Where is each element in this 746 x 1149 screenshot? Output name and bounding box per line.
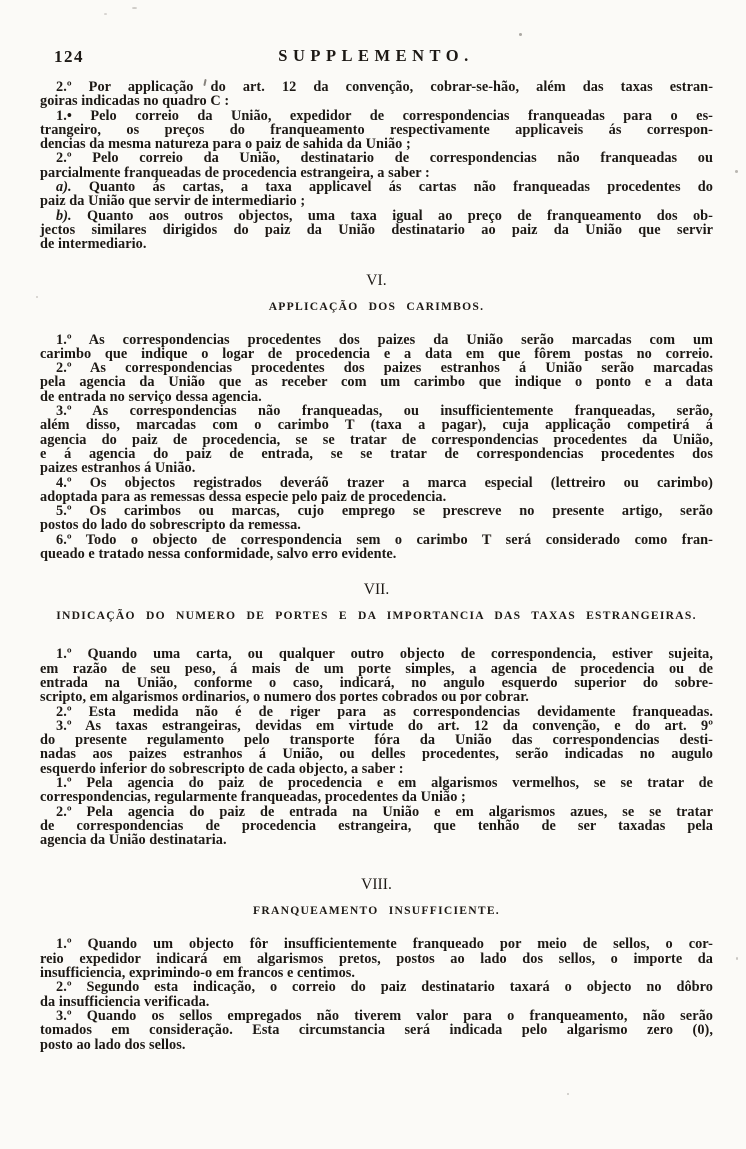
- text-line: 1.º Quando um objecto fôr insufficientem…: [40, 937, 713, 951]
- text-line: 2.º Pela agencia do paiz de entrada na U…: [40, 805, 713, 819]
- running-title: SUPPLEMENTO.: [40, 46, 712, 66]
- paragraph: 2.º Pelo correio da União, destinatario …: [40, 151, 713, 180]
- text-line: adoptada para as remessas dessa especie …: [40, 490, 713, 504]
- paragraph: 2.º As correspondencias procedentes dos …: [40, 361, 713, 404]
- section-numeral: VI.: [40, 273, 713, 289]
- scan-speck: [36, 296, 38, 298]
- scan-speck: [519, 33, 522, 36]
- text-line: 1.º Quando uma carta, ou qualquer outro …: [40, 647, 713, 661]
- scan-speck: [735, 170, 738, 173]
- content: 2.º Por applicação do art. 12 da convenç…: [40, 80, 713, 1052]
- text-line: 1.º Pela agencia do paiz de procedencia …: [40, 776, 713, 790]
- article-section: 2.º Por applicação do art. 12 da convenç…: [40, 80, 713, 252]
- text-line: além disso, marcadas com o carimbo T (ta…: [40, 418, 713, 432]
- text-line: scripto, em algarismos ordinarios, o num…: [40, 690, 713, 704]
- text-line: pela agencia da União que as receber com…: [40, 375, 713, 389]
- text-line: insufficiencia, exprimindo-o em francos …: [40, 966, 713, 980]
- section-body: 2.º Por applicação do art. 12 da convenç…: [40, 80, 713, 252]
- paragraph: 2.º Segundo esta indicação, o correio do…: [40, 980, 713, 1009]
- text-line: 3.º As taxas estrangeiras, devidas em vi…: [40, 719, 713, 733]
- text-line: carimbo que indique o logar de procedenc…: [40, 347, 713, 361]
- text-line: trangeiro, os preços do franqueamento re…: [40, 123, 713, 137]
- scan-speck: [104, 13, 107, 15]
- text-line: 2.º Pelo correio da União, destinatario …: [40, 151, 713, 165]
- text-line: agencia da União destinataria.: [40, 833, 713, 847]
- text-line: esquerdo inferior do sobrescripto de cad…: [40, 762, 713, 776]
- text-line: 2.º As correspondencias procedentes dos …: [40, 361, 713, 375]
- text-line: 1.• Pelo correio da União, expedidor de …: [40, 109, 713, 123]
- scan-speck: [736, 957, 738, 960]
- text-line: correspondencias, regularmente franquead…: [40, 790, 713, 804]
- text-line: tomados em consideração. Esta circumstan…: [40, 1023, 713, 1037]
- article-section: VII.INDICAÇÃO DO NUMERO DE PORTES E DA I…: [40, 582, 713, 847]
- text-line: nadas aos paizes estranhos á União, ou d…: [40, 747, 713, 761]
- paragraph: a). Quanto ás cartas, a taxa applicavel …: [40, 180, 713, 209]
- text-line: entrada na União, conforme o caso, indic…: [40, 676, 713, 690]
- text-line: 6.º Todo o objecto de correspondencia se…: [40, 533, 713, 547]
- text-line: 3.º As correspondencias não franqueadas,…: [40, 404, 713, 418]
- page-header: 124 SUPPLEMENTO.: [40, 46, 712, 70]
- text-line: 4.º Os objectos registrados deveráõ traz…: [40, 476, 713, 490]
- paragraph: b). Quanto aos outros objectos, uma taxa…: [40, 209, 713, 252]
- text-line: da insufficiencia verificada.: [40, 995, 713, 1009]
- text-line: de intermediario.: [40, 237, 713, 251]
- text-line: e á agencia do paiz de entrada, se se tr…: [40, 447, 713, 461]
- text-line: b). Quanto aos outros objectos, uma taxa…: [40, 209, 713, 223]
- text-line: queado e tratado nessa conformidade, sal…: [40, 547, 713, 561]
- text-line: postos do lado do sobrescripto da remess…: [40, 518, 713, 532]
- text-line: agencia do paiz de procedencia, se se tr…: [40, 433, 713, 447]
- text-line: do presente regulamento pelo transporte …: [40, 733, 713, 747]
- section-body: 1.º As correspondencias procedentes dos …: [40, 333, 713, 562]
- text-line: a). Quanto ás cartas, a taxa applicavel …: [40, 180, 713, 194]
- section-title: FRANQUEAMENTO INSUFFICIENTE.: [40, 904, 713, 918]
- text-line: posto ao lado dos sellos.: [40, 1038, 713, 1052]
- text-line: 1.º As correspondencias procedentes dos …: [40, 333, 713, 347]
- paragraph: 2.º Pela agencia do paiz de entrada na U…: [40, 805, 713, 848]
- text-line: 3.º Quando os sellos empregados não tive…: [40, 1009, 713, 1023]
- text-line: de entrada no serviço dessa agencia.: [40, 390, 713, 404]
- text-line: reio expedidor indicará em algarismos pr…: [40, 952, 713, 966]
- text-line: paizes estranhos á União.: [40, 461, 713, 475]
- paragraph: 2.º Esta medida não é de riger para as c…: [40, 705, 713, 719]
- paragraph: 1.º Quando um objecto fôr insufficientem…: [40, 937, 713, 980]
- text-line: 2.º Esta medida não é de riger para as c…: [40, 705, 713, 719]
- text-line: de correspondencias de procedencia estra…: [40, 819, 713, 833]
- scan-speck: [567, 1093, 569, 1095]
- text-line: parcialmente franqueadas de procedencia …: [40, 166, 713, 180]
- section-title: APPLICAÇÃO DOS CARIMBOS.: [40, 300, 713, 314]
- paragraph: 1.º Pela agencia do paiz de procedencia …: [40, 776, 713, 805]
- paragraph: 5.º Os carimbos ou marcas, cujo emprego …: [40, 504, 713, 533]
- text-line: paiz da União que servir de intermediari…: [40, 194, 713, 208]
- text-line: 2.º Segundo esta indicação, o correio do…: [40, 980, 713, 994]
- paragraph: 3.º Quando os sellos empregados não tive…: [40, 1009, 713, 1052]
- paragraph: 1.• Pelo correio da União, expedidor de …: [40, 109, 713, 152]
- paragraph: 6.º Todo o objecto de correspondencia se…: [40, 533, 713, 562]
- text-line: 2.º Por applicação do art. 12 da convenç…: [40, 80, 713, 94]
- text-line: em razão de seu peso, á mais de um porte…: [40, 662, 713, 676]
- text-line: 5.º Os carimbos ou marcas, cujo emprego …: [40, 504, 713, 518]
- article-section: VIII.FRANQUEAMENTO INSUFFICIENTE.1.º Qua…: [40, 877, 713, 1051]
- section-body: 1.º Quando um objecto fôr insufficientem…: [40, 937, 713, 1051]
- paragraph: 2.º Por applicação do art. 12 da convenç…: [40, 80, 713, 109]
- paragraph: 3.º As correspondencias não franqueadas,…: [40, 404, 713, 475]
- paragraph: 1.º As correspondencias procedentes dos …: [40, 333, 713, 362]
- section-body: 1.º Quando uma carta, ou qualquer outro …: [40, 647, 713, 847]
- section-title: INDICAÇÃO DO NUMERO DE PORTES E DA IMPOR…: [40, 609, 713, 623]
- paragraph: 3.º As taxas estrangeiras, devidas em vi…: [40, 719, 713, 776]
- document-page: 124 SUPPLEMENTO. 2.º Por applicação do a…: [0, 0, 746, 1149]
- text-line: jectos similares dirigidos do paiz da Un…: [40, 223, 713, 237]
- section-numeral: VIII.: [40, 877, 713, 893]
- scan-speck: [132, 7, 137, 9]
- article-section: VI.APPLICAÇÃO DOS CARIMBOS.1.º As corres…: [40, 273, 713, 562]
- text-line: dencias da mesma natureza para o paiz de…: [40, 137, 713, 151]
- text-line: goiras indicadas no quadro C :: [40, 94, 713, 108]
- section-numeral: VII.: [40, 582, 713, 598]
- paragraph: 1.º Quando uma carta, ou qualquer outro …: [40, 647, 713, 704]
- paragraph: 4.º Os objectos registrados deveráõ traz…: [40, 476, 713, 505]
